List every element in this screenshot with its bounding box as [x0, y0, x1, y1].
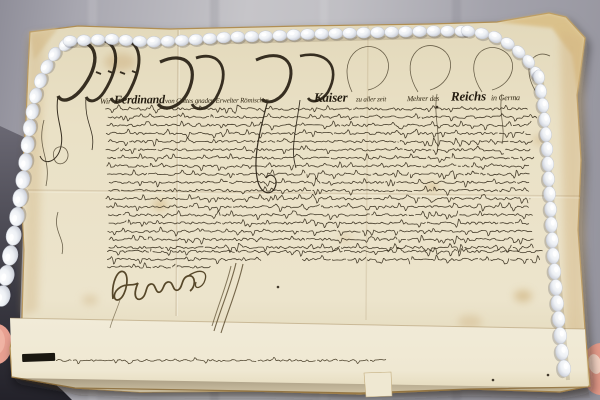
- parchment-document: WirFerdinandvon Gottes gnaden Erwelter R…: [10, 13, 590, 398]
- svg-text:von Gottes gnaden Erwelter Röm: von Gottes gnaden Erwelter Römischer: [165, 96, 269, 105]
- svg-text:Kaiser: Kaiser: [313, 90, 349, 105]
- svg-text:Ferdinand: Ferdinand: [113, 92, 166, 106]
- photo-of-parchment-charter: WirFerdinandvon Gottes gnaden Erwelter R…: [0, 0, 600, 400]
- scene-svg: WirFerdinandvon Gottes gnaden Erwelter R…: [0, 0, 600, 400]
- seal-tag: [364, 372, 392, 397]
- plica-fold: [10, 318, 590, 398]
- svg-text:Wir: Wir: [100, 97, 112, 106]
- svg-text:zu aller zeit: zu aller zeit: [355, 95, 387, 103]
- svg-text:in Germa: in Germa: [491, 93, 520, 102]
- svg-text:Mehrer des: Mehrer des: [406, 94, 439, 103]
- redaction-mark: [22, 353, 55, 362]
- svg-text:Reichs: Reichs: [450, 88, 486, 103]
